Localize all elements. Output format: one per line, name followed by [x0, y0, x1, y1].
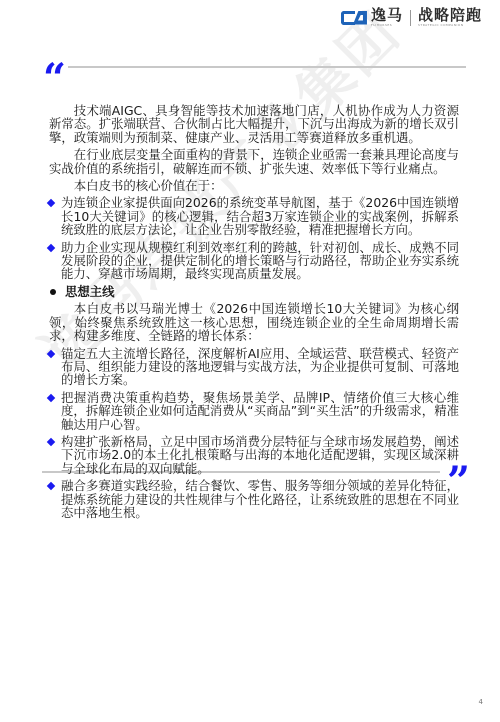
list-item: 助力企业实现从规模红利到效率红利的跨越，针对初创、成长、成熟不同发展阶段的企业，…: [49, 241, 459, 281]
paragraph: 在行业底层变量全面重构的背景下，连锁企业亟需一套兼具理论高度与实战价值的系统指引…: [49, 148, 459, 175]
logo-mark-icon: [341, 11, 367, 25]
diamond-bullet-icon: [47, 199, 55, 207]
paragraph: 技术端AIGC、具身智能等技术加速落地门店，人机协作成为人力资源新常态。扩张端联…: [49, 104, 459, 144]
top-divider: [68, 66, 466, 68]
section-heading-text: 思想主线: [65, 284, 115, 299]
page-number: 4: [479, 698, 483, 706]
section-heading: 思想主线: [49, 285, 459, 298]
list-item: 融合多赛道实践经验，结合餐饮、零售、服务等细分领域的差异化特征，提炼系统能力建设…: [49, 479, 459, 519]
list-item-text: 助力企业实现从规模红利到效率红利的跨越，针对初创、成长、成熟不同发展阶段的企业，…: [61, 240, 459, 282]
diamond-bullet-icon: [47, 349, 55, 357]
diamond-bullet-icon: [47, 482, 55, 490]
list-item: 锚定五大主流增长路径，深度解析AI应用、全域运营、联营模式、轻资产布局、组织能力…: [49, 347, 459, 387]
brand-name-en: FLIHORSES: [371, 24, 403, 27]
brand-tagline: 战略陪跑 STRATEGIC COMPANION: [418, 8, 482, 27]
list-item-text: 为连锁企业家提供面向2026的系统变革导航图，基于《2026中国连锁增长10大关…: [61, 195, 459, 237]
paragraph: 本白皮书的核心价值在于：: [49, 179, 459, 192]
paragraph: 本白皮书以马瑞光博士《2026中国连锁增长10大关键词》为核心纲领，始终聚焦系统…: [49, 302, 459, 342]
list-item-text: 融合多赛道实践经验，结合餐饮、零售、服务等细分领域的差异化特征，提炼系统能力建设…: [61, 478, 459, 520]
brand-name: 逸马 FLIHORSES: [371, 8, 403, 27]
diamond-bullet-icon: [47, 438, 55, 446]
logo-divider: [410, 10, 411, 26]
list-item-text: 构建扩张新格局，立足中国市场消费分层特征与全球市场发展趋势，阐述下沉市场2.0的…: [61, 434, 459, 476]
tagline-en: STRATEGIC COMPANION: [418, 24, 482, 27]
close-quote-icon: ”: [447, 462, 470, 502]
diamond-bullet-icon: [47, 243, 55, 251]
list-item-text: 锚定五大主流增长路径，深度解析AI应用、全域运营、联营模式、轻资产布局、组织能力…: [61, 346, 459, 388]
dot-bullet-icon: [50, 289, 56, 295]
list-item: 构建扩张新格局，立足中国市场消费分层特征与全球市场发展趋势，阐述下沉市场2.0的…: [49, 435, 459, 475]
list-item: 为连锁企业家提供面向2026的系统变革导航图，基于《2026中国连锁增长10大关…: [49, 196, 459, 236]
diamond-bullet-icon: [47, 393, 55, 401]
list-item: 把握消费决策重构趋势，聚焦场景美学、品牌IP、情绪价值三大核心维度，拆解连锁企业…: [49, 391, 459, 431]
brand-logo: 逸马 FLIHORSES 战略陪跑 STRATEGIC COMPANION: [341, 8, 482, 27]
brand-name-cn: 逸马: [371, 8, 403, 23]
list-item-text: 把握消费决策重构趋势，聚焦场景美学、品牌IP、情绪价值三大核心维度，拆解连锁企业…: [61, 390, 459, 432]
open-quote-icon: “: [43, 59, 66, 99]
document-body: 技术端AIGC、具身智能等技术加速落地门店，人机协作成为人力资源新常态。扩张端联…: [49, 104, 459, 523]
tagline-cn: 战略陪跑: [418, 8, 482, 23]
